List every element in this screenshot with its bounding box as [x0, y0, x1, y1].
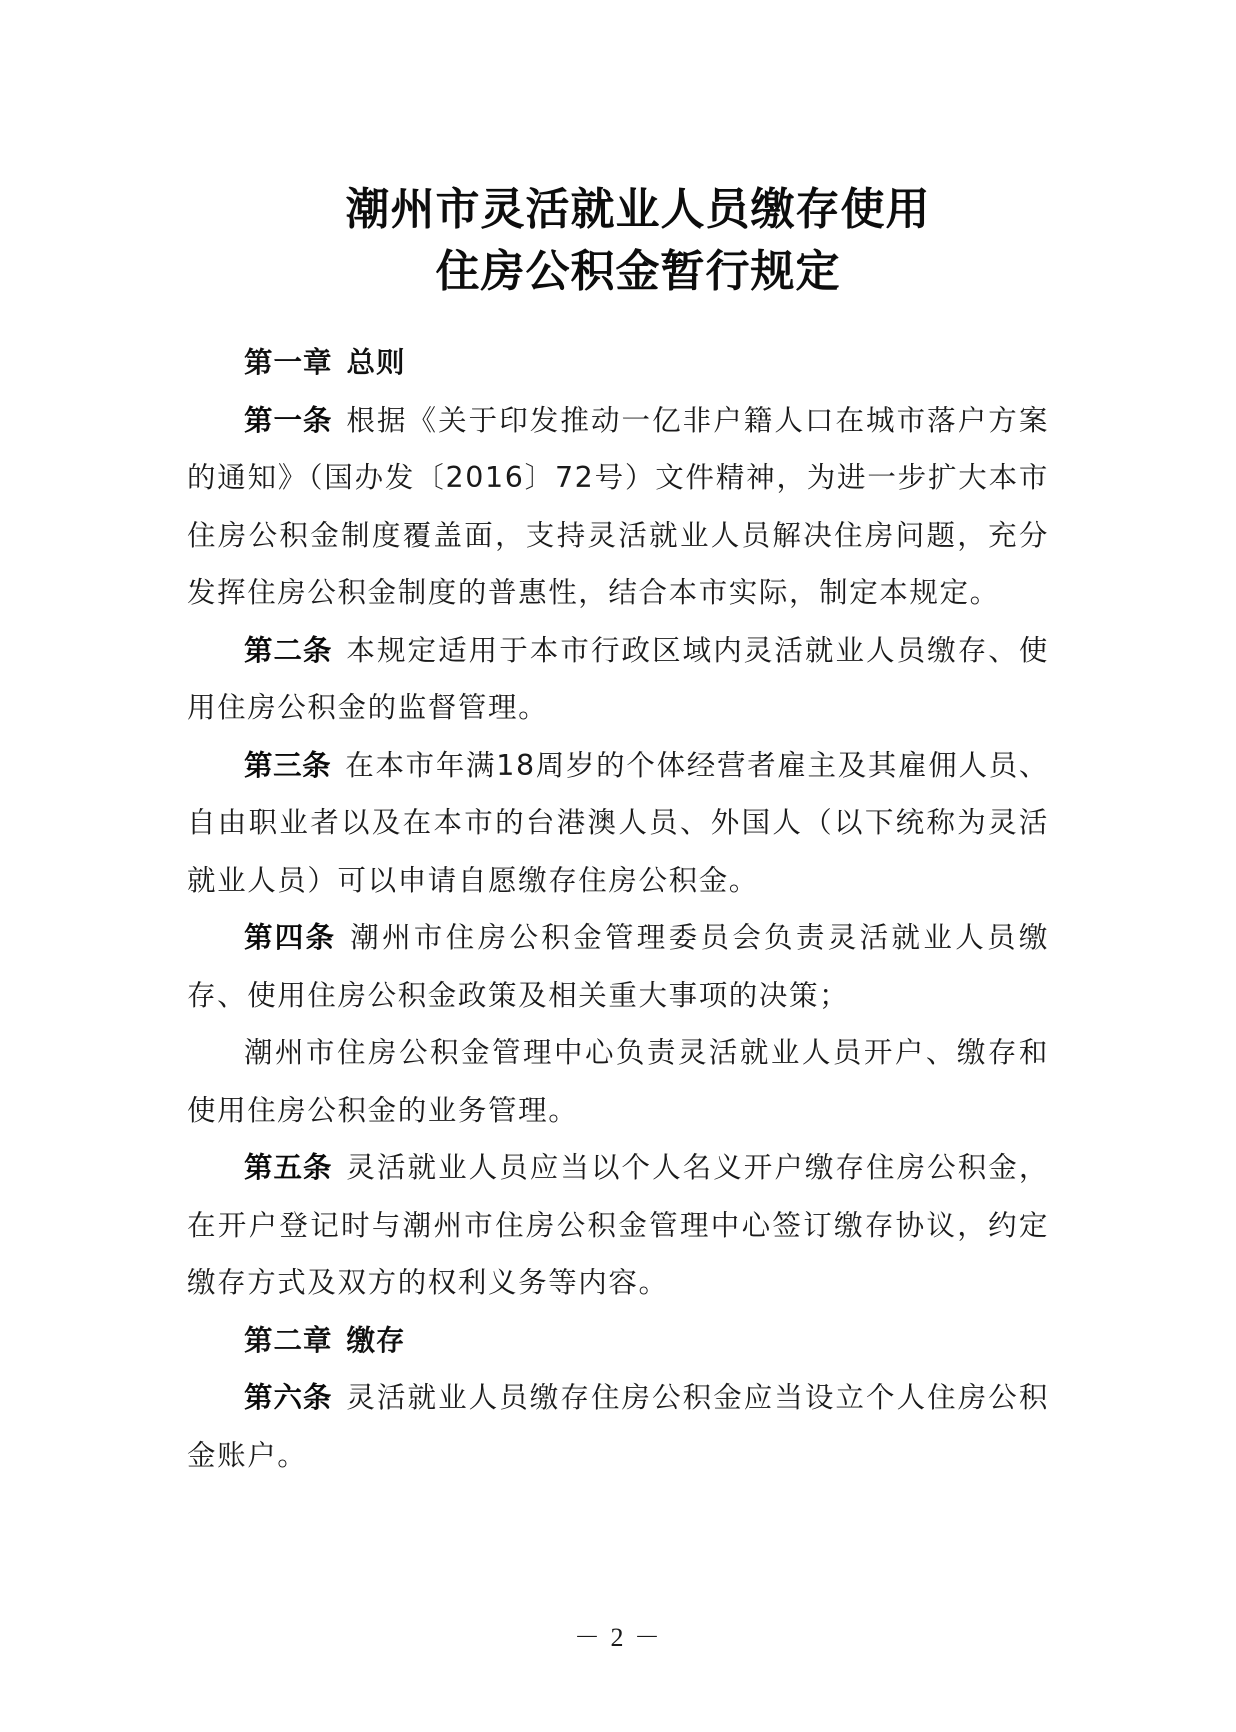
article-5: 第五条灵活就业人员应当以个人名义开户缴存住房公积金，在开户登记时与潮州市住房公积…	[187, 1139, 1049, 1312]
article-lead: 第二条	[244, 634, 332, 667]
chapter-heading-1: 第一章总则	[187, 334, 1049, 392]
document-body: 第一章总则 第一条根据《关于印发推动一亿非户籍人口在城市落户方案的通知》（国办发…	[187, 334, 1049, 1484]
article-6: 第六条灵活就业人员缴存住房公积金应当设立个人住房公积金账户。	[187, 1369, 1049, 1484]
chapter-label: 第一章	[244, 346, 333, 379]
article-3: 第三条在本市年满18周岁的个体经营者雇主及其雇佣人员、自由职业者以及在本市的台港…	[187, 737, 1049, 910]
article-lead: 第三条	[244, 749, 331, 782]
article-2: 第二条本规定适用于本市行政区域内灵活就业人员缴存、使用住房公积金的监督管理。	[187, 622, 1049, 737]
article-4: 第四条潮州市住房公积金管理委员会负责灵活就业人员缴存、使用住房公积金政策及相关重…	[187, 909, 1049, 1024]
document-page: 潮州市灵活就业人员缴存使用 住房公积金暂行规定 第一章总则 第一条根据《关于印发…	[0, 0, 1236, 1732]
article-lead: 第一条	[244, 404, 332, 437]
page-number: － 2 －	[0, 1617, 1236, 1654]
chapter-label: 第二章	[244, 1324, 333, 1357]
article-4-continuation: 潮州市住房公积金管理中心负责灵活就业人员开户、缴存和使用住房公积金的业务管理。	[187, 1024, 1049, 1139]
article-lead: 第五条	[244, 1151, 332, 1184]
chapter-heading-2: 第二章缴存	[187, 1312, 1049, 1370]
article-lead: 第四条	[244, 921, 336, 954]
document-title-line-2: 住房公积金暂行规定	[0, 241, 1236, 303]
document-title: 潮州市灵活就业人员缴存使用 住房公积金暂行规定	[0, 179, 1236, 303]
chapter-name: 缴存	[347, 1324, 406, 1357]
article-lead: 第六条	[244, 1381, 332, 1414]
document-title-line-1: 潮州市灵活就业人员缴存使用	[0, 179, 1236, 241]
chapter-name: 总则	[347, 346, 406, 379]
article-1: 第一条根据《关于印发推动一亿非户籍人口在城市落户方案的通知》（国办发〔2016〕…	[187, 392, 1049, 622]
